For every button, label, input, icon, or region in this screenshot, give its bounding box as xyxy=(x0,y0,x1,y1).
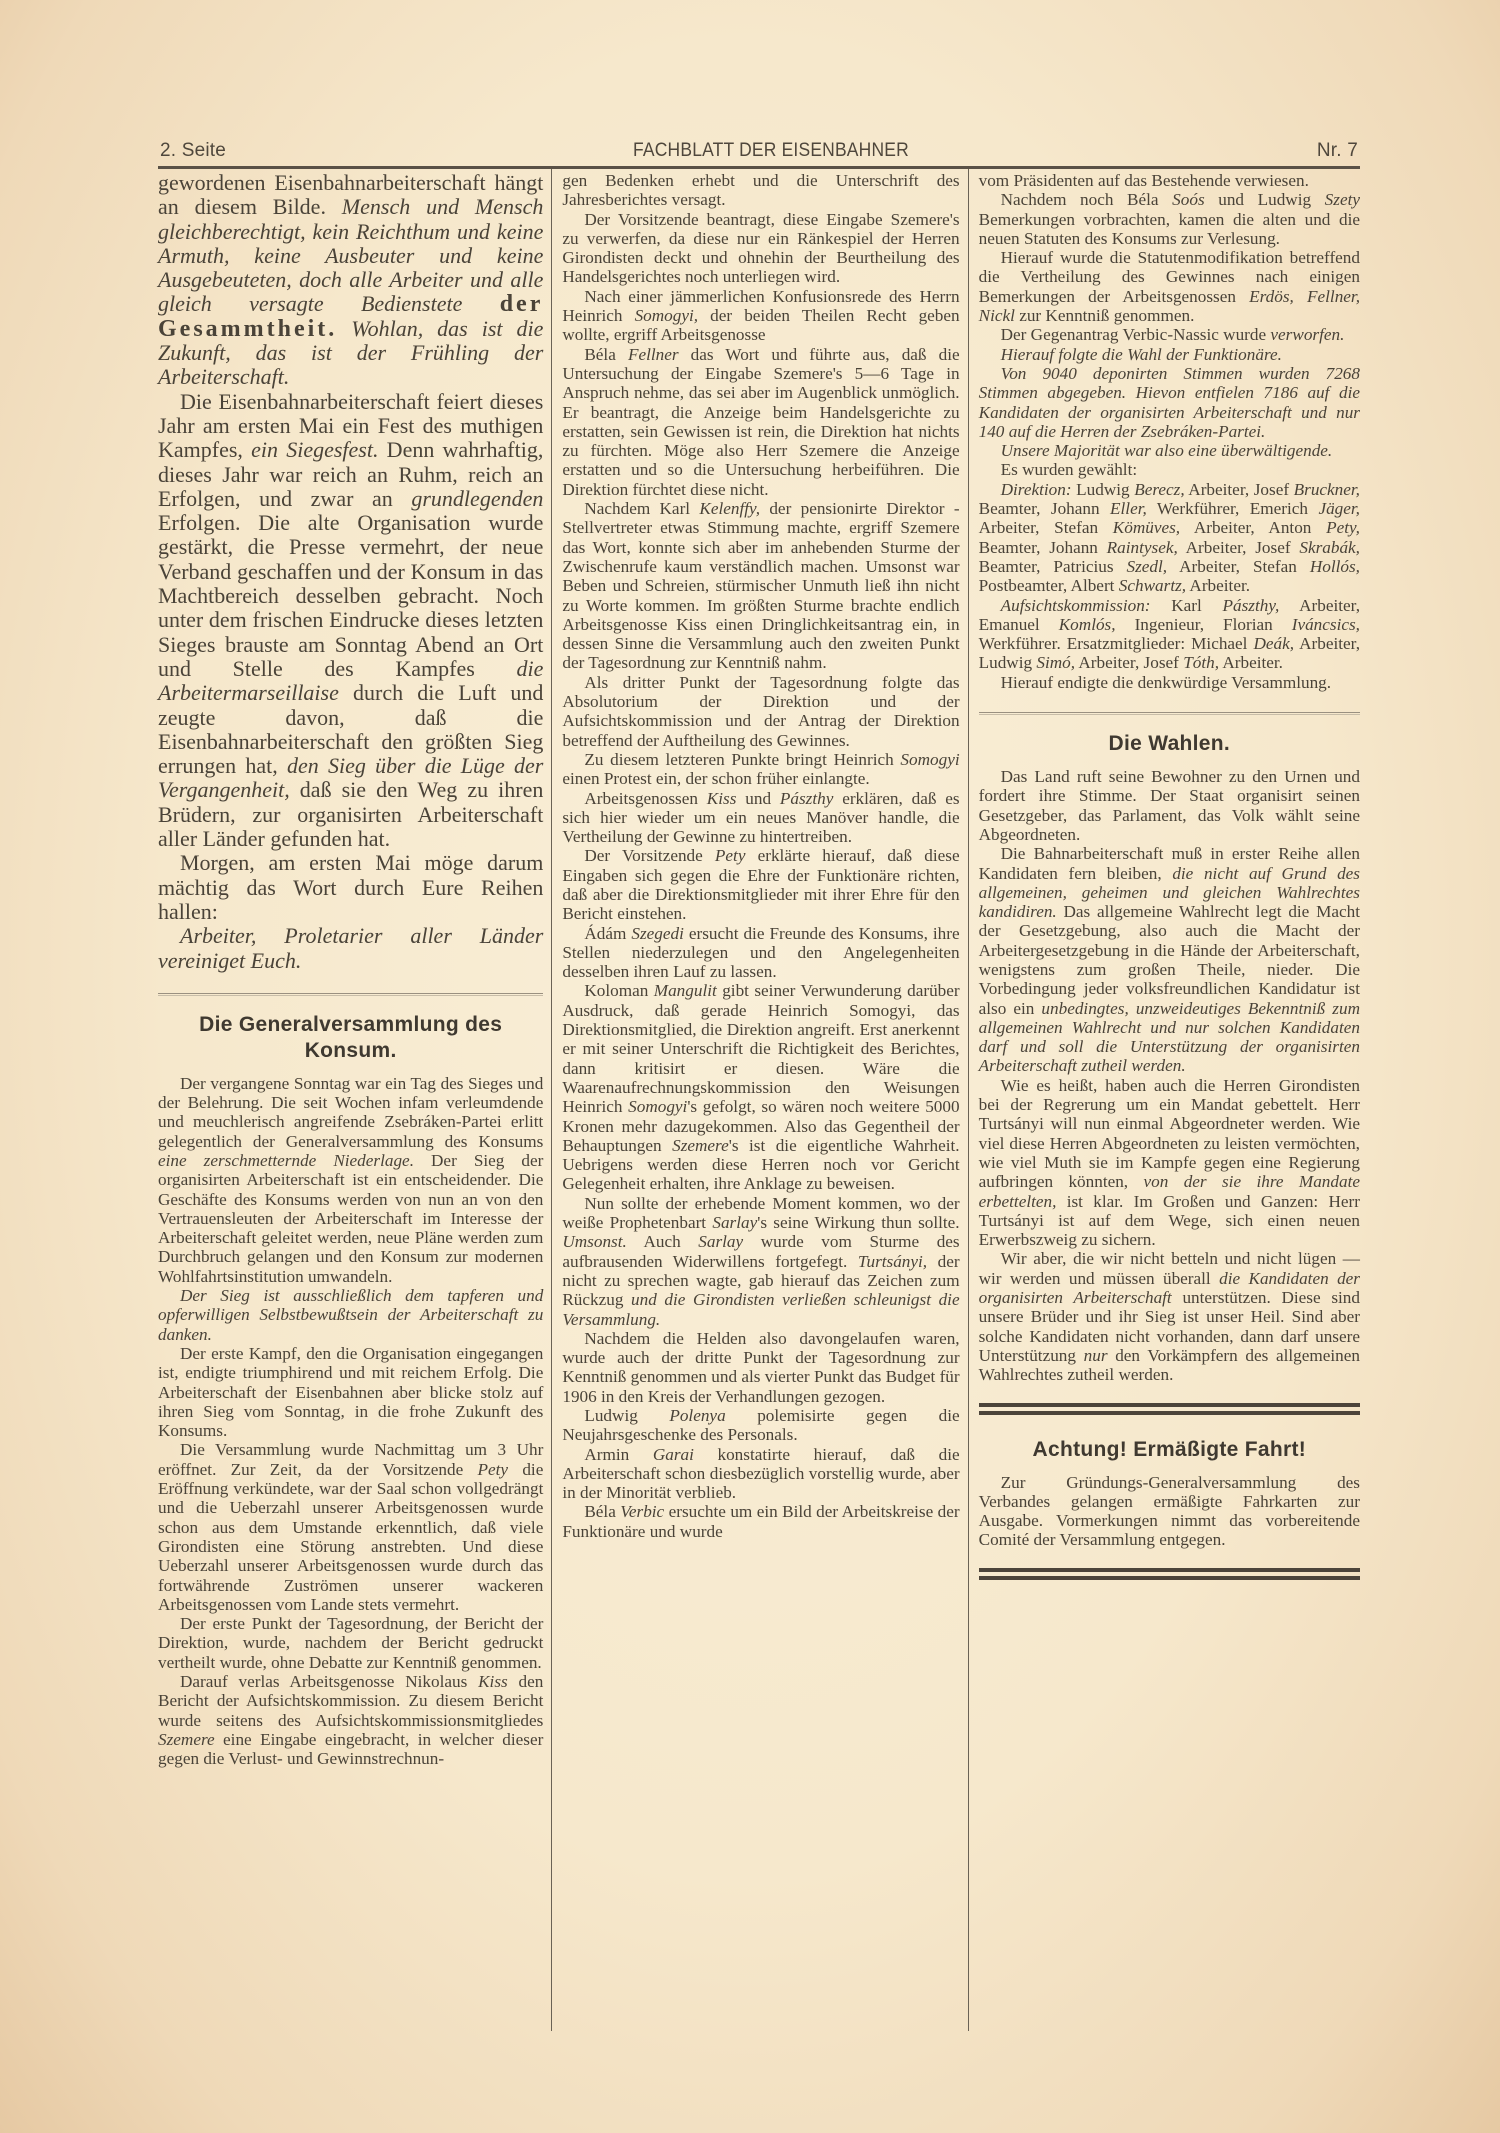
paragraph: Die Versammlung wurde Nachmittag um 3 Uh… xyxy=(158,1440,543,1614)
paragraph: Arbeiter, Proletarier aller Länder verei… xyxy=(158,924,543,973)
paragraph: Der Gegenantrag Verbic-Nassic wurde verw… xyxy=(979,325,1360,344)
paragraph: Zu diesem letzteren Punkte bringt Heinri… xyxy=(562,750,959,789)
issue-number: Nr. 7 xyxy=(1317,140,1358,162)
paragraph: Nachdem noch Béla Soós und Ludwig Szety … xyxy=(979,190,1360,248)
newspaper-page: 2. Seite FACHBLATT DER EISENBAHNER Nr. 7… xyxy=(158,140,1360,2031)
column-right: vom Präsidenten auf das Bestehende verwi… xyxy=(968,169,1360,2031)
paragraph: Aufsichtskommission: Karl Pászthy, Arbei… xyxy=(979,596,1360,673)
article-title-wahlen: Die Wahlen. xyxy=(979,731,1360,757)
konsum-article-body: Der vergangene Sonntag war ein Tag des S… xyxy=(158,1074,543,1769)
double-rule-divider xyxy=(979,1403,1360,1415)
konsum-article-continued: gen Bedenken erhebt und die Unterschrift… xyxy=(562,171,959,1541)
publication-title: FACHBLATT DER EISENBAHNER xyxy=(633,140,909,162)
paragraph: Hierauf endigte die denkwürdige Versamml… xyxy=(979,673,1360,692)
column-left: gewordenen Eisenbahnarbeiterschaft hängt… xyxy=(158,169,551,2031)
section-divider xyxy=(158,993,543,996)
paragraph: Béla Verbic ersuchte um ein Bild der Arb… xyxy=(562,1502,959,1541)
paragraph: Der vergangene Sonntag war ein Tag des S… xyxy=(158,1074,543,1286)
paragraph: Zur Gründungs-Generalversammlung des Ver… xyxy=(979,1473,1360,1550)
paragraph: Der Vorsitzende beantragt, diese Eingabe… xyxy=(562,210,959,287)
paragraph: Darauf verlas Arbeitsgenosse Nikolaus Ki… xyxy=(158,1672,543,1768)
paragraph: Nachdem die Helden also davongelaufen wa… xyxy=(562,1329,959,1406)
paragraph: Es wurden gewählt: xyxy=(979,460,1360,479)
paragraph: Die Eisenbahnarbeiterschaft feiert diese… xyxy=(158,390,543,852)
double-rule-divider xyxy=(979,1568,1360,1580)
paragraph: Ádám Szegedi ersucht die Freunde des Kon… xyxy=(562,924,959,982)
konsum-article-conclusion: vom Präsidenten auf das Bestehende verwi… xyxy=(979,171,1360,692)
paragraph: Der Sieg ist ausschließlich dem tapferen… xyxy=(158,1286,543,1344)
paragraph: Béla Fellner das Wort und führte aus, da… xyxy=(562,345,959,499)
paragraph: Nachdem Karl Kelenffy, der pensionirte D… xyxy=(562,499,959,673)
may-day-article-end: gewordenen Eisenbahnarbeiterschaft hängt… xyxy=(158,171,543,973)
article-title-konsum: Die Generalversammlung des Konsum. xyxy=(158,1012,543,1064)
columns: gewordenen Eisenbahnarbeiterschaft hängt… xyxy=(158,169,1360,2031)
paragraph: Wie es heißt, haben auch die Herren Giro… xyxy=(979,1076,1360,1250)
page-number-label: 2. Seite xyxy=(160,140,226,162)
paragraph: Armin Garai konstatirte hierauf, daß die… xyxy=(562,1445,959,1503)
paragraph: Nun sollte der erhebende Moment kommen, … xyxy=(562,1194,959,1329)
paragraph: Unsere Majorität war also eine überwälti… xyxy=(979,441,1360,460)
paragraph: Von 9040 deponirten Stimmen wurden 7268 … xyxy=(979,364,1360,441)
notice-body: Zur Gründungs-Generalversammlung des Ver… xyxy=(979,1473,1360,1550)
paragraph: gen Bedenken erhebt und die Unterschrift… xyxy=(562,171,959,210)
paragraph: Nach einer jämmerlichen Konfusionsrede d… xyxy=(562,287,959,345)
running-header: 2. Seite FACHBLATT DER EISENBAHNER Nr. 7 xyxy=(158,140,1360,169)
paragraph: Der erste Kampf, den die Organisation ei… xyxy=(158,1344,543,1440)
column-middle: gen Bedenken erhebt und die Unterschrift… xyxy=(551,169,967,2031)
paragraph: Hierauf folgte die Wahl der Funktionäre. xyxy=(979,345,1360,364)
paragraph: Koloman Mangulit gibt seiner Verwunderun… xyxy=(562,981,959,1193)
paragraph: vom Präsidenten auf das Bestehende verwi… xyxy=(979,171,1360,190)
paragraph: Hierauf wurde die Statutenmodifikation b… xyxy=(979,248,1360,325)
paragraph: Morgen, am ersten Mai möge darum mächtig… xyxy=(158,851,543,924)
paragraph: Der Vorsitzende Pety erklärte hierauf, d… xyxy=(562,846,959,923)
section-divider xyxy=(979,712,1360,715)
paragraph: Wir aber, die wir nicht betteln und nich… xyxy=(979,1249,1360,1384)
paragraph: Arbeitsgenossen Kiss und Pászthy erkläre… xyxy=(562,789,959,847)
notice-title: Achtung! Ermäßigte Fahrt! xyxy=(979,1437,1360,1463)
paragraph: Ludwig Polenya polemisirte gegen die Neu… xyxy=(562,1406,959,1445)
paragraph: Die Bahnarbeiterschaft muß in erster Rei… xyxy=(979,844,1360,1076)
wahlen-article-body: Das Land ruft seine Bewohner zu den Urne… xyxy=(979,767,1360,1385)
paragraph: Als dritter Punkt der Tagesordnung folgt… xyxy=(562,673,959,750)
paragraph: gewordenen Eisenbahnarbeiterschaft hängt… xyxy=(158,171,543,390)
paragraph: Der erste Punkt der Tagesordnung, der Be… xyxy=(158,1614,543,1672)
paragraph: Direktion: Ludwig Berecz, Arbeiter, Jose… xyxy=(979,480,1360,596)
paragraph: Das Land ruft seine Bewohner zu den Urne… xyxy=(979,767,1360,844)
